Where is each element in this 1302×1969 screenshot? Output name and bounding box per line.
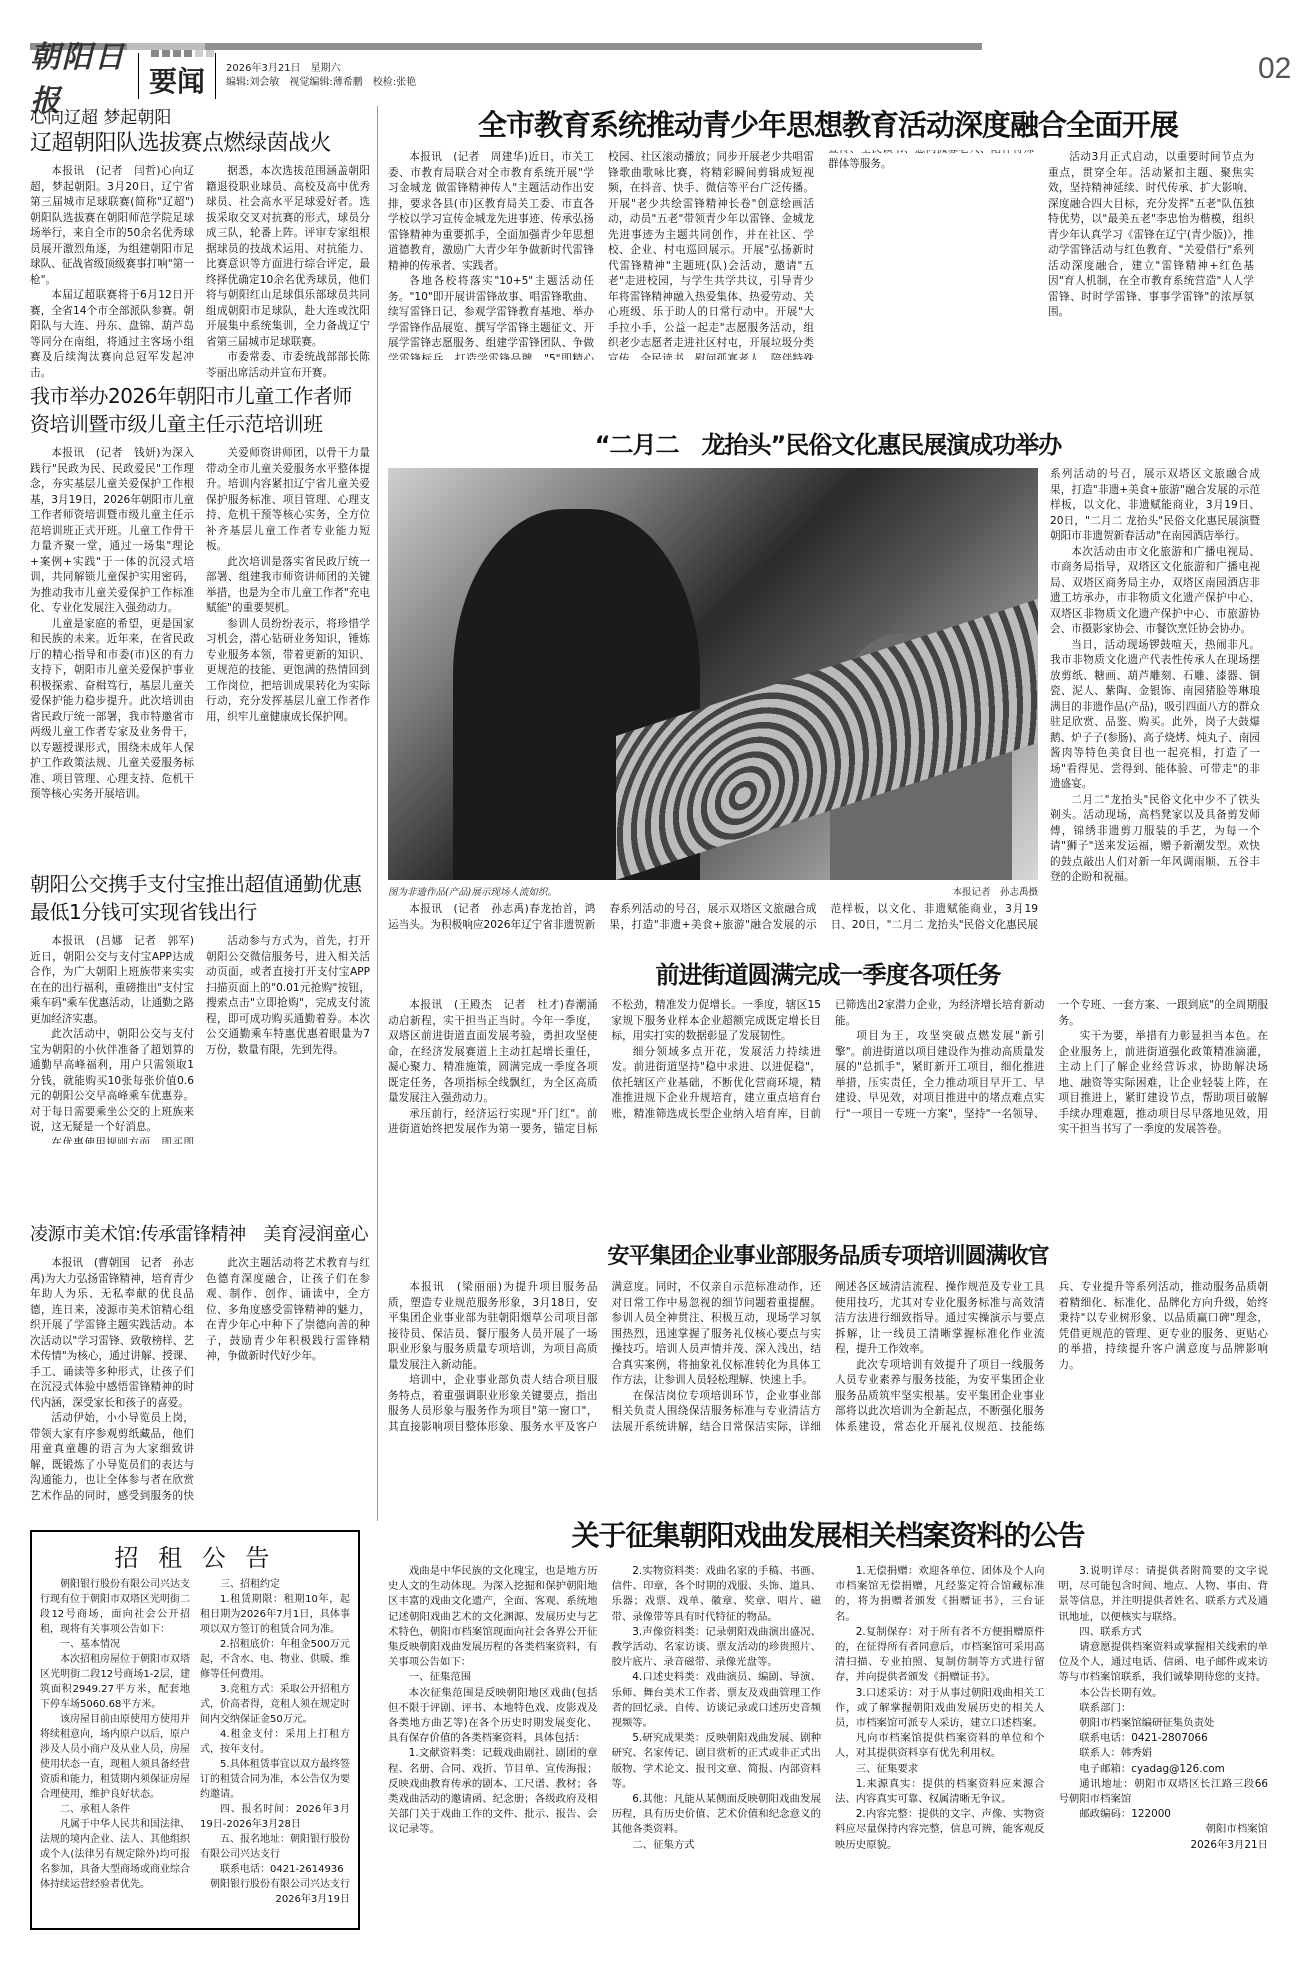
masthead: 朝阳日报 要闻 2026年3月21日 星期六 编辑:刘会敏 视觉编辑:薄希鹏 校… — [30, 52, 416, 100]
article-anping: 安平集团企业事业部服务品质专项培训圆满收官 本报讯 (梁丽丽)为提升项目服务品质… — [388, 1242, 1268, 1500]
photo-credit: 本报记者 孙志禹摄 — [952, 884, 1038, 898]
page-number: 02 — [1258, 52, 1291, 86]
rent-notice-box: 招 租 公 告 朝阳银行股份有限公司兴达支行现有位于朝阳市双塔区光明街二段12号… — [30, 1530, 360, 1930]
qianjin-body: 本报讯 (王殿杰 记者 杜才)春潮涌动启新程，实干担当正当时。今年一季度，双塔区… — [388, 998, 1268, 1200]
article-body-col2: 各地各校将落实"10+5"主题活动任务。"10"即开展讲雷锋故事、唱雷锋歌曲、续… — [608, 150, 814, 360]
article-headline: “二月二 龙抬头”民俗文化惠民展演成功举办 — [388, 430, 1268, 460]
article-body-col1: 本报讯 (记者 周建华)近日，市关工委、市教育局联合对全市教育系统开展"学习金城… — [388, 150, 594, 360]
masthead-meta: 2026年3月21日 星期六 编辑:刘会敏 视觉编辑:薄希鹏 校检:张艳 — [226, 62, 416, 90]
article-kicker: 心向辽超 梦起朝阳 — [30, 106, 370, 130]
article-headline: 辽超朝阳队选拔赛点燃绿茵战火 — [30, 130, 370, 158]
article-headline: 安平集团企业事业部服务品质专项培训圆满收官 — [388, 1242, 1268, 1272]
notice-date: 2026年3月21日 — [1059, 1838, 1269, 1853]
section-title: 要闻 — [149, 60, 205, 100]
notice-headline: 关于征集朝阳戏曲发展相关档案资料的公告 — [388, 1518, 1268, 1554]
article-body-col2: 此次主题活动将艺术教育与红色德育深度融合，让孩子们在参观、制作、创作、诵读中，全… — [206, 1256, 370, 1504]
notice-signature: 朝阳市档案馆 — [1059, 1822, 1269, 1837]
article-headline: 朝阳公交携手支付宝推出超值通勤优惠 最低1分钱可实现省钱出行 — [30, 870, 370, 926]
article-education: 全市教育系统推动青少年思想教育活动深度融合全面开展 本报讯 (记者 周建华)近日… — [388, 108, 1268, 360]
archives-body: 戏曲是中华民族的文化瑰宝，也是地方历史人文的生动体现。为深入挖掘和保护朝阳地区丰… — [388, 1564, 1268, 1934]
article-body-col4: 活动3月正式启动，以重要时间节点为重点，贯穿全年。活动紧扣主题、聚焦实效，坚持精… — [1048, 150, 1254, 360]
article-body-col2: 关爱师资讲师团，以骨干力量带动全市儿童关爱服务水平整体提升。培训内容紧扣辽宁省儿… — [206, 446, 370, 806]
article-headline: 凌源市美术馆:传承雷锋精神 美育浸润童心 — [30, 1222, 370, 1248]
notice-body-col2: 三、招租约定 1.租赁期限：租期10年，起租日期为2026年7月1日，具体事项以… — [200, 1577, 350, 1917]
festival-body-bottom: 本报讯 (记者 孙志禹)春龙抬首，鸿运当头。为积极响应2026年辽宁省非遗贺新春… — [388, 902, 1038, 934]
article-headline: 前进街道圆满完成一季度各项任务 — [388, 960, 1268, 990]
festival-photo — [388, 468, 1038, 880]
article-body-col1: 本报讯 (吕娜 记者 郭军)近日，朝阳公交与支付宝APP达成合作，为广大朝阳上班… — [30, 934, 194, 1144]
article-qianjin: 前进街道圆满完成一季度各项任务 本报讯 (王殿杰 记者 杜才)春潮涌动启新程，实… — [388, 960, 1268, 1200]
article-headline: 我市举办2026年朝阳市儿童工作者师资培训暨市级儿童主任示范培训班 — [30, 382, 370, 438]
article-body-col1: 本报讯 (记者 钱妍)为深入践行"民政为民、民政爱民"工作理念，夯实基层儿童关爱… — [30, 446, 194, 806]
notice-archives: 关于征集朝阳戏曲发展相关档案资料的公告 戏曲是中华民族的文化瑰宝，也是地方历史人… — [388, 1518, 1268, 1934]
issue-date: 2026年3月21日 星期六 — [226, 62, 416, 76]
photo-caption: 图为非遗作品(产品)展示现场人流如织。 — [388, 884, 557, 898]
article-body-col2: 据悉，本次选拔范围涵盖朝阳籍退役职业球员、高校及高中优秀球员、社会高水平足球爱好… — [206, 164, 370, 378]
editor-credits: 编辑:刘会敏 视觉编辑:薄希鹏 校检:张艳 — [226, 76, 416, 90]
article-festival: “二月二 龙抬头”民俗文化惠民展演成功举办 图为非遗作品(产品)展示现场人流如织… — [388, 430, 1268, 934]
article-body-col3: 各地各校将落实"10+5"主题活动任务。"10"即开展讲雷锋故事、唱雷锋歌曲、续… — [828, 150, 1034, 360]
article-body-col1: 本报讯 (记者 闫哲)心向辽超，梦起朝阳。3月20日，辽宁省第三届城市足球联赛(… — [30, 164, 194, 378]
article-body-col2: 活动参与方式为，首先，打开朝阳公交微信服务号，进入相关活动页面，或者直接打开支付… — [206, 934, 370, 1144]
festival-body-side: 本报讯 (记者 孙志禹)春龙抬首，鸿运当头。为积极响应2026年辽宁省非遗贺新春… — [1050, 468, 1260, 928]
anping-body: 本报讯 (梁丽丽)为提升项目服务品质，塑造专业规范服务形象，3月18日，安平集团… — [388, 1280, 1268, 1500]
notice-title: 招 租 公 告 — [40, 1538, 350, 1573]
article-children: 我市举办2026年朝阳市儿童工作者师资培训暨市级儿童主任示范培训班 本报讯 (记… — [30, 382, 370, 806]
notice-signature: 朝阳银行股份有限公司兴达支行 — [200, 1877, 350, 1892]
section-dots-icon — [151, 50, 214, 57]
article-bus: 朝阳公交携手支付宝推出超值通勤优惠 最低1分钱可实现省钱出行 本报讯 (吕娜 记… — [30, 870, 370, 1144]
article-liaochao: 心向辽超 梦起朝阳 辽超朝阳队选拔赛点燃绿茵战火 本报讯 (记者 闫哲)心向辽超… — [30, 106, 370, 378]
section-label: 要闻 — [149, 65, 205, 98]
column-divider — [377, 106, 378, 1521]
article-body-col1: 本报讯 (曹朝国 记者 孙志禹)为大力弘扬雷锋精神，培育青少年助人为乐、无私奉献… — [30, 1256, 194, 1504]
lead-headline: 全市教育系统推动青少年思想教育活动深度融合全面开展 — [388, 108, 1268, 142]
masthead-top-rule — [30, 43, 982, 50]
article-art-museum: 凌源市美术馆:传承雷锋精神 美育浸润童心 本报讯 (曹朝国 记者 孙志禹)为大力… — [30, 1222, 370, 1504]
notice-body-col1: 朝阳银行股份有限公司兴达支行现有位于朝阳市双塔区光明街二段12号商场，面向社会公… — [40, 1577, 190, 1917]
notice-date: 2026年3月19日 — [200, 1892, 350, 1907]
